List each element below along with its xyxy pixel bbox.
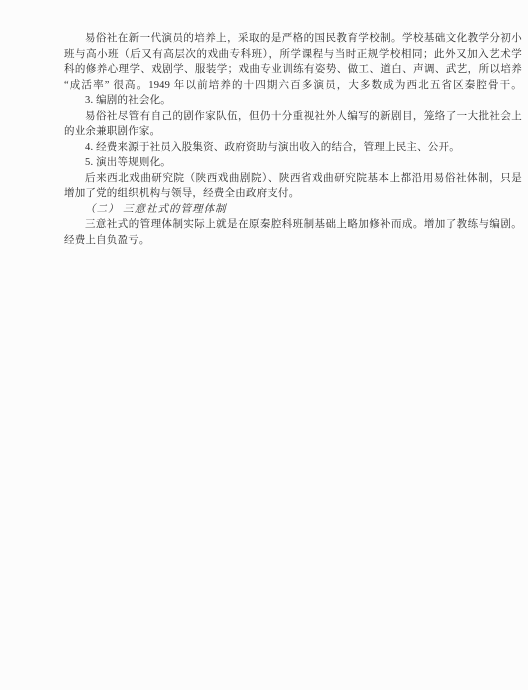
document-page: 易俗社在新一代演员的培养上，采取的是严格的国民教育学校制。学校基础文化教学分初小… xyxy=(0,0,528,690)
text-line: 的业余兼职剧作家。 xyxy=(64,124,522,140)
text-line: 经费上自负盈亏。 xyxy=(64,233,522,249)
text-line: 易俗社尽管有自己的剧作家队伍，但仍十分重视社外人编写的新剧目，笼络了一大批社会上 xyxy=(64,109,522,125)
list-item-3: 3. 编剧的社会化。 xyxy=(64,93,522,109)
text-line: 易俗社在新一代演员的培养上，采取的是严格的国民教育学校制。学校基础文化教学分初小 xyxy=(64,31,522,47)
text-line: 班与高小班（后又有高层次的戏曲专科班），所学课程与当时正规学校相同；此外又加入艺… xyxy=(64,47,522,63)
text-line: 增加了党的组织机构与领导，经费全由政府支付。 xyxy=(64,186,522,202)
text-line: 三意社式的管理体制实际上就是在原秦腔科班制基础上略加修补而成。增加了教练与编剧。 xyxy=(64,217,522,233)
section-heading: （二） 三意社式的管理体制 xyxy=(64,202,522,218)
text-line: 科的修养心理学、戏剧学、服装学；戏曲专业训练有姿势、做工、道白、声调、武艺，所以… xyxy=(64,62,522,78)
list-item-5: 5. 演出等规则化。 xyxy=(64,155,522,171)
text-line: “成活率” 很高。1949 年以前培养的十四期六百多演员，大多数成为西北五省区秦… xyxy=(64,78,522,94)
list-item-4: 4. 经费来源于社员入股集资、政府资助与演出收入的结合，管理上民主、公开。 xyxy=(64,140,522,156)
text-line: 后来西北戏曲研究院（陕西戏曲剧院）、陕西省戏曲研究院基本上都沿用易俗社体制，只是 xyxy=(64,171,522,187)
text-block: 易俗社在新一代演员的培养上，采取的是严格的国民教育学校制。学校基础文化教学分初小… xyxy=(64,31,522,248)
